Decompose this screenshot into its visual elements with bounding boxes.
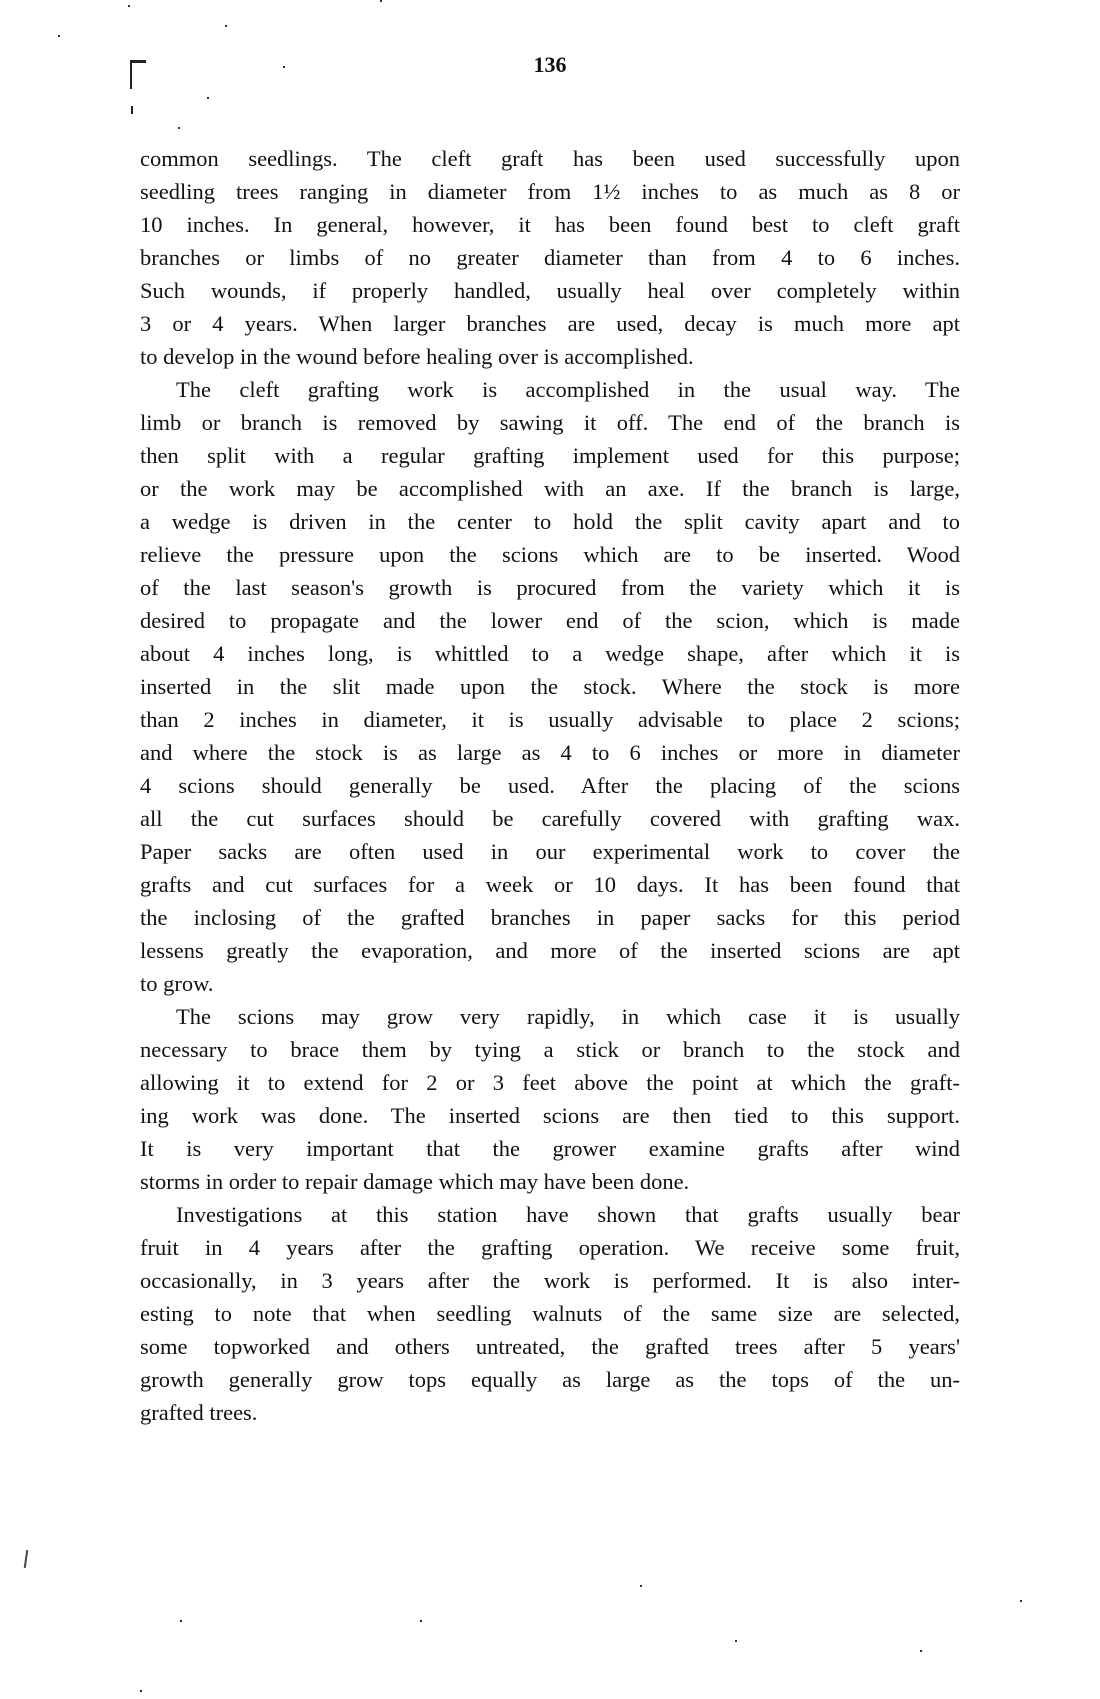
scan-speck [225, 25, 227, 27]
text-line: about 4 inches long, is whittled to a we… [140, 637, 960, 670]
scan-margin-mark [131, 106, 133, 114]
scan-speck [920, 1650, 922, 1652]
text-line: Investigations at this station have show… [140, 1198, 960, 1231]
scan-speck [640, 1585, 642, 1587]
scan-speck [380, 0, 382, 2]
text-line: to develop in the wound before healing o… [140, 340, 960, 373]
text-line: 4 scions should generally be used. After… [140, 769, 960, 802]
text-line: then split with a regular grafting imple… [140, 439, 960, 472]
text-line: inserted in the slit made upon the stock… [140, 670, 960, 703]
text-line: common seedlings. The cleft graft has be… [140, 142, 960, 175]
text-line: fruit in 4 years after the grafting oper… [140, 1231, 960, 1264]
scan-speck [128, 5, 130, 7]
paragraph-3: The scions may grow very rapidly, in whi… [140, 1000, 960, 1198]
text-line: grafts and cut surfaces for a week or 10… [140, 868, 960, 901]
scan-speck [207, 97, 209, 99]
text-line: The scions may grow very rapidly, in whi… [140, 1000, 960, 1033]
scan-margin-scratch [24, 1550, 28, 1568]
text-line: storms in order to repair damage which m… [140, 1165, 960, 1198]
text-line: esting to note that when seedling walnut… [140, 1297, 960, 1330]
text-line: a wedge is driven in the center to hold … [140, 505, 960, 538]
paragraph-4: Investigations at this station have show… [140, 1198, 960, 1429]
scan-speck [735, 1640, 737, 1642]
text-line: limb or branch is removed by sawing it o… [140, 406, 960, 439]
text-line: branches or limbs of no greater diameter… [140, 241, 960, 274]
text-line: or the work may be accomplished with an … [140, 472, 960, 505]
text-line: than 2 inches in diameter, it is usually… [140, 703, 960, 736]
scan-speck [140, 1690, 142, 1692]
text-line: ing work was done. The inserted scions a… [140, 1099, 960, 1132]
scan-speck [283, 66, 285, 68]
text-line: Paper sacks are often used in our experi… [140, 835, 960, 868]
text-line: lessens greatly the evaporation, and mor… [140, 934, 960, 967]
text-line: The cleft grafting work is accomplished … [140, 373, 960, 406]
text-line: to grow. [140, 967, 960, 1000]
text-line: all the cut surfaces should be carefully… [140, 802, 960, 835]
text-line: grafted trees. [140, 1396, 960, 1429]
text-line: It is very important that the grower exa… [140, 1132, 960, 1165]
scan-speck [180, 1620, 182, 1622]
scan-speck [1020, 1600, 1022, 1602]
text-line: and where the stock is as large as 4 to … [140, 736, 960, 769]
scan-speck [58, 35, 60, 37]
text-line: the inclosing of the grafted branches in… [140, 901, 960, 934]
text-line: necessary to brace them by tying a stick… [140, 1033, 960, 1066]
scan-speck [178, 127, 180, 129]
text-line: relieve the pressure upon the scions whi… [140, 538, 960, 571]
text-line: of the last season's growth is procured … [140, 571, 960, 604]
page-number: 136 [0, 52, 1100, 78]
document-page: 136 common seedlings. The cleft graft ha… [0, 0, 1100, 1699]
scan-speck [420, 1620, 422, 1622]
text-line: allowing it to extend for 2 or 3 feet ab… [140, 1066, 960, 1099]
text-line: seedling trees ranging in diameter from … [140, 175, 960, 208]
text-line: desired to propagate and the lower end o… [140, 604, 960, 637]
text-line: 10 inches. In general, however, it has b… [140, 208, 960, 241]
text-line: occasionally, in 3 years after the work … [140, 1264, 960, 1297]
paragraph-1: common seedlings. The cleft graft has be… [140, 142, 960, 373]
text-line: 3 or 4 years. When larger branches are u… [140, 307, 960, 340]
text-line: Such wounds, if properly handled, usuall… [140, 274, 960, 307]
paragraph-2: The cleft grafting work is accomplished … [140, 373, 960, 1000]
text-line: some topworked and others untreated, the… [140, 1330, 960, 1363]
body-text: common seedlings. The cleft graft has be… [140, 142, 960, 1429]
text-line: growth generally grow tops equally as la… [140, 1363, 960, 1396]
